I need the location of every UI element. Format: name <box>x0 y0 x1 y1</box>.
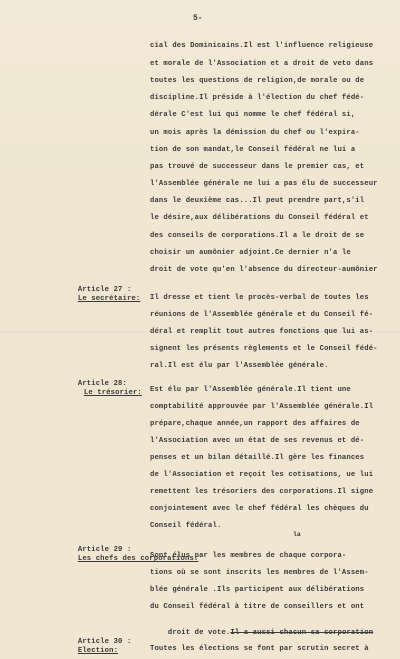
text-line: Toutes les élections se font par scrutin… <box>150 645 369 654</box>
struck-text: Il a aussi chacun sa corporation <box>230 629 373 637</box>
text-line: Sont élus par les membres de chaque corp… <box>150 552 346 561</box>
page-number: 5- <box>193 14 203 23</box>
text-line: tion de son mandat,le Conseil fédéral ne… <box>150 146 355 155</box>
text-line: comptabilité approuvée par l'Assemblée g… <box>150 403 373 412</box>
text-line: Conseil fédéral. <box>150 522 221 531</box>
text-line: blée générale .Ils participent aux délib… <box>150 586 364 595</box>
text-line: pas trouvé de successeur dans le premier… <box>150 163 364 172</box>
text-line: réunions de l'Assemblée générale et du C… <box>150 311 373 320</box>
article-label: Article 29 : <box>78 546 132 554</box>
text-line: l'Association avec un état de ses revenu… <box>150 437 364 446</box>
text-line: tions où se sont inscrits les membres de… <box>150 569 369 578</box>
text-line: conjointement avec le chef fédéral les c… <box>150 505 369 514</box>
article-title: Election: <box>78 647 118 655</box>
article-label: Article 27 : <box>78 286 132 294</box>
text-line: droit de vote qu'en l'absence du directe… <box>150 266 378 275</box>
text-line: penses et un bilan détaillé.Il gère les … <box>150 454 364 463</box>
text-line: choisir un aumônier adjoint.Ce dernier n… <box>150 249 351 258</box>
article-27-heading: Article 27 : Le secrétaire: <box>60 277 140 313</box>
article-label: Article 28: <box>78 380 127 388</box>
text-line: cial des Dominicains.Il est l'influence … <box>150 42 373 51</box>
text-line: prépare,chaque année,un rapport des affa… <box>150 420 360 429</box>
text-segment: droit de vote. <box>168 629 231 637</box>
text-line: de l'Association et reçoit les cotisatio… <box>150 471 373 480</box>
text-line: dérale C'est lui qui nomme le chef fédér… <box>150 111 355 120</box>
text-line: l'Assemblée générale ne lui a pas élu de… <box>150 180 378 189</box>
article-28-heading: Article 28: Le trésorier: <box>60 371 142 407</box>
text-line: remettent les trésoriers des corporation… <box>150 488 373 497</box>
text-line: signent les présents règlements et le Co… <box>150 345 378 354</box>
article-title: Le secrétaire: <box>78 295 141 303</box>
article-label: Article 30 : <box>78 638 132 646</box>
text-line: Est élu par l'Assemblée générale.Il tien… <box>150 386 351 395</box>
text-line: du Conseil fédéral à titre de conseiller… <box>150 603 364 612</box>
text-line: ral.Il est élu par l'Assemblée générale. <box>150 362 329 371</box>
text-line: le désire,aux délibérations du Conseil f… <box>150 214 369 223</box>
article-30-heading: Article 30 : Election: <box>60 629 131 659</box>
text-line: toutes les questions de religion,de mora… <box>150 77 364 86</box>
text-line: droit de vote.Il a aussi chacun sa corpo… <box>150 620 373 647</box>
text-line: Il dresse et tient le procès-verbal de t… <box>150 294 369 303</box>
text-line: et morale de l'Association et a droit de… <box>150 60 373 69</box>
text-line: des conseils de corporations.Il a le dro… <box>150 232 364 241</box>
handwritten-insertion: la <box>293 531 301 538</box>
article-title: Le trésorier: <box>84 389 142 397</box>
text-line: un mois après la démission du chef ou l'… <box>150 129 360 138</box>
text-line: discipline.Il préside à l'élection du ch… <box>150 94 364 103</box>
text-line: dans le deuxième cas...Il peut prendre p… <box>150 197 364 206</box>
text-line: déral et remplit tout autres fonctions q… <box>150 328 373 337</box>
document-page: 5- cial des Dominicains.Il est l'influen… <box>0 0 400 659</box>
